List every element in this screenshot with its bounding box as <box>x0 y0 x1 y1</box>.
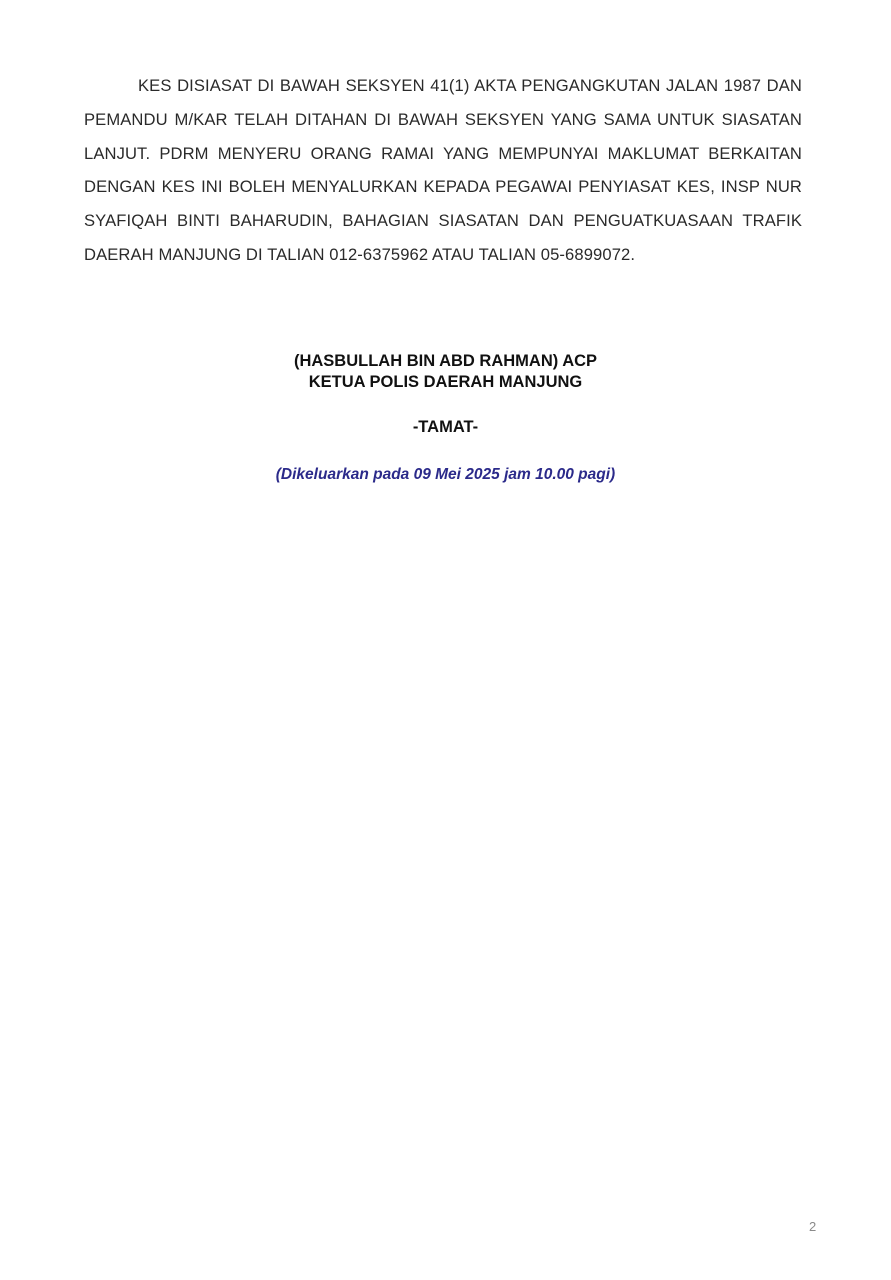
signatory-name: (HASBULLAH BIN ABD RAHMAN) ACP <box>0 351 891 371</box>
page-number: 2 <box>809 1219 816 1234</box>
end-marker: -TAMAT- <box>0 417 891 437</box>
signatory-title: KETUA POLIS DAERAH MANJUNG <box>0 372 891 392</box>
issued-note: (Dikeluarkan pada 09 Mei 2025 jam 10.00 … <box>0 465 891 485</box>
body-paragraph: KES DISIASAT DI BAWAH SEKSYEN 41(1) AKTA… <box>84 69 802 272</box>
